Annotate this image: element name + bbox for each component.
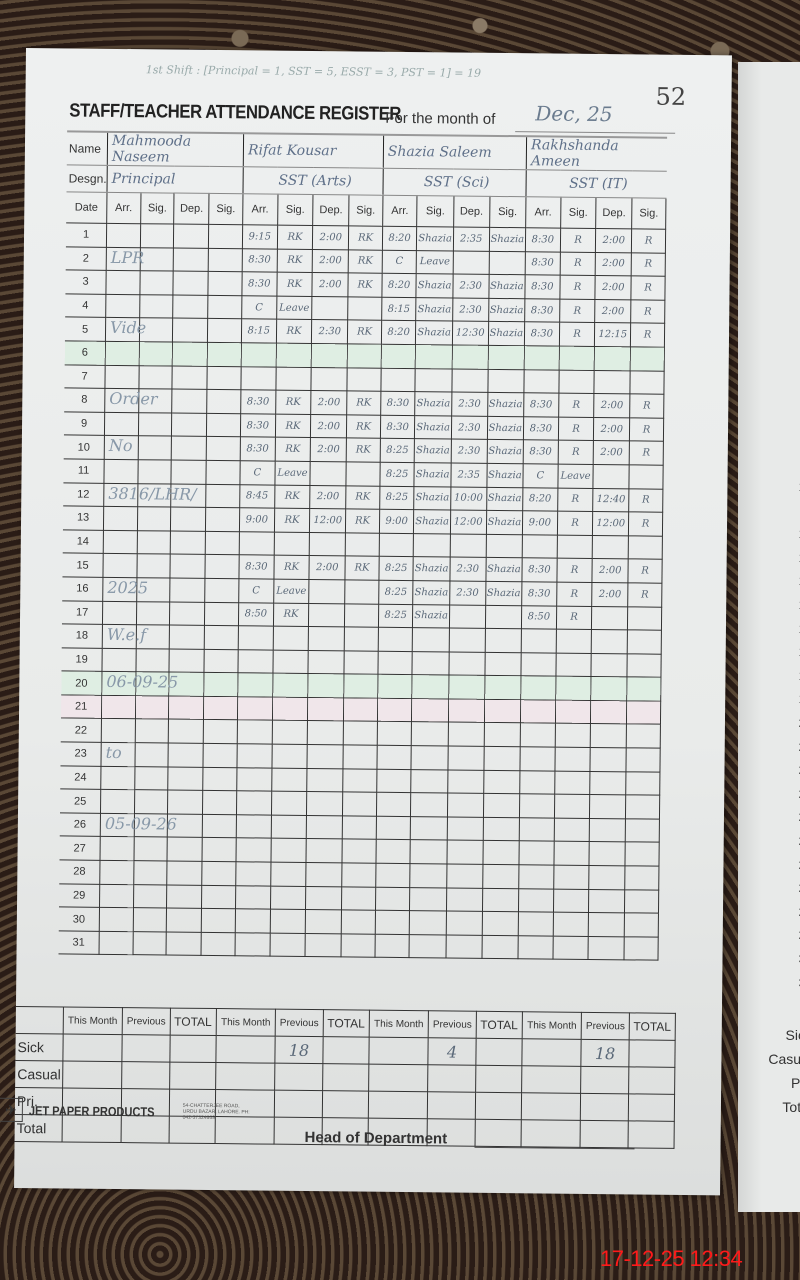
attendance-cell[interactable] [137,507,171,531]
attendance-cell[interactable]: 2:35 [451,463,487,487]
attendance-cell[interactable] [415,345,452,369]
attendance-cell[interactable]: 8:30 [525,299,560,323]
attendance-cell[interactable]: RK [275,414,311,438]
attendance-cell[interactable] [625,842,659,866]
attendance-cell[interactable] [208,272,242,296]
attendance-cell[interactable]: 8:30 [522,582,557,606]
attendance-cell[interactable] [237,744,272,768]
attendance-cell[interactable]: R [559,275,595,299]
attendance-cell[interactable] [270,886,306,910]
attendance-cell[interactable] [625,866,659,890]
attendance-cell[interactable] [555,653,591,677]
attendance-cell[interactable]: R [628,583,662,607]
attendance-cell[interactable] [168,790,203,814]
attendance-cell[interactable]: C [240,461,275,485]
attendance-cell[interactable]: RK [348,273,382,297]
attendance-cell[interactable]: Shazia [486,463,523,487]
attendance-cell[interactable] [275,367,311,391]
attendance-cell[interactable]: Shazia [417,227,454,251]
attendance-cell[interactable] [591,677,627,701]
attendance-cell[interactable]: RK [275,390,311,414]
attendance-cell[interactable]: 2:00 [311,391,347,415]
attendance-cell[interactable] [447,840,483,864]
attendance-cell[interactable] [201,932,235,956]
attendance-cell[interactable] [100,837,134,861]
attendance-cell[interactable]: 8:30 [240,437,275,461]
attendance-cell[interactable] [589,889,625,913]
attendance-cell[interactable] [555,676,591,700]
attendance-cell[interactable] [555,724,591,748]
attendance-cell[interactable]: RK [348,226,382,250]
summary-cell[interactable] [628,1067,674,1094]
attendance-cell[interactable] [627,677,661,701]
attendance-cell[interactable]: Shazia [414,510,451,534]
attendance-cell[interactable] [307,792,343,816]
attendance-cell[interactable] [170,578,205,602]
attendance-cell[interactable]: Leave [273,579,309,603]
attendance-cell[interactable] [375,934,410,958]
attendance-cell[interactable] [202,861,236,885]
summary-cell[interactable] [169,1062,215,1089]
attendance-cell[interactable] [592,606,628,630]
attendance-cell[interactable] [239,531,274,555]
attendance-cell[interactable] [446,888,482,912]
attendance-cell[interactable] [202,814,236,838]
attendance-cell[interactable] [137,530,171,554]
attendance-cell[interactable] [376,792,411,816]
attendance-cell[interactable]: Shazia [485,581,522,605]
attendance-cell[interactable]: 8:30 [242,272,277,296]
attendance-cell[interactable] [133,884,167,908]
attendance-cell[interactable] [140,247,174,271]
attendance-cell[interactable] [448,699,484,723]
attendance-cell[interactable]: R [556,558,592,582]
attendance-cell[interactable]: 8:20 [381,321,416,345]
attendance-cell[interactable] [309,579,345,603]
attendance-cell[interactable] [271,791,307,815]
summary-cell[interactable] [428,1092,476,1119]
attendance-cell[interactable]: 2:00 [594,417,630,441]
attendance-cell[interactable] [377,769,412,793]
attendance-cell[interactable]: 2:30 [312,320,348,344]
attendance-cell[interactable] [412,675,449,699]
attendance-cell[interactable] [519,865,554,889]
attendance-cell[interactable] [447,817,483,841]
attendance-cell[interactable]: 8:25 [379,557,414,581]
attendance-cell[interactable] [309,627,345,651]
attendance-cell[interactable] [518,936,553,960]
attendance-cell[interactable] [170,602,205,626]
attendance-cell[interactable]: Leave [276,296,312,320]
attendance-cell[interactable] [204,625,238,649]
attendance-cell[interactable]: Shazia [416,274,453,298]
attendance-cell[interactable] [208,248,242,272]
attendance-cell[interactable]: 2:00 [596,228,632,252]
summary-cell[interactable] [368,1064,428,1092]
attendance-cell[interactable]: 2:00 [311,438,347,462]
attendance-cell[interactable] [589,913,625,937]
attendance-cell[interactable] [376,840,411,864]
attendance-cell[interactable] [624,913,658,937]
attendance-cell[interactable]: Shazia [416,297,453,321]
attendance-cell[interactable] [206,460,240,484]
attendance-cell[interactable] [409,934,446,958]
attendance-cell[interactable]: No [104,436,138,460]
attendance-cell[interactable]: 2:00 [313,226,349,250]
attendance-cell[interactable]: RK [346,485,380,509]
attendance-cell[interactable] [168,767,203,791]
summary-cell[interactable]: 18 [275,1036,323,1063]
attendance-cell[interactable] [485,605,522,629]
attendance-cell[interactable] [554,794,590,818]
attendance-cell[interactable]: R [630,394,664,418]
attendance-cell[interactable]: 2:00 [592,582,628,606]
attendance-cell[interactable] [483,817,520,841]
attendance-cell[interactable] [447,793,483,817]
attendance-cell[interactable]: RK [275,437,311,461]
attendance-cell[interactable]: 06-09-25 [102,672,136,696]
attendance-cell[interactable]: Shazia [485,558,522,582]
attendance-cell[interactable] [276,343,312,367]
attendance-cell[interactable] [629,465,663,489]
attendance-cell[interactable]: 12:00 [310,509,346,533]
attendance-cell[interactable] [344,627,378,651]
attendance-cell[interactable] [133,908,167,932]
attendance-cell[interactable]: Shazia [413,557,450,581]
attendance-cell[interactable]: RK [345,556,379,580]
attendance-cell[interactable] [591,724,627,748]
attendance-cell[interactable] [172,389,207,413]
summary-cell[interactable] [62,1061,122,1089]
attendance-cell[interactable]: 8:25 [380,439,415,463]
attendance-cell[interactable] [101,790,135,814]
attendance-cell[interactable] [203,767,237,791]
summary-cell[interactable] [475,1119,521,1146]
attendance-cell[interactable]: 8:25 [379,580,414,604]
attendance-cell[interactable] [306,886,342,910]
attendance-cell[interactable] [309,603,345,627]
attendance-cell[interactable] [556,629,592,653]
attendance-cell[interactable] [102,648,136,672]
attendance-cell[interactable] [206,437,240,461]
attendance-cell[interactable] [271,744,307,768]
attendance-cell[interactable] [590,771,626,795]
attendance-cell[interactable] [342,863,376,887]
attendance-cell[interactable] [555,700,591,724]
attendance-cell[interactable] [134,790,168,814]
attendance-cell[interactable] [271,768,307,792]
attendance-cell[interactable] [520,770,555,794]
attendance-cell[interactable]: 2:00 [595,299,631,323]
attendance-cell[interactable] [591,700,627,724]
attendance-cell[interactable]: 9:00 [239,508,274,532]
attendance-cell[interactable] [202,885,236,909]
attendance-cell[interactable]: Leave [557,464,593,488]
attendance-cell[interactable]: R [629,441,663,465]
attendance-cell[interactable] [485,628,522,652]
attendance-cell[interactable] [241,343,276,367]
attendance-cell[interactable] [235,933,270,957]
attendance-cell[interactable] [378,674,413,698]
attendance-cell[interactable]: 2:00 [595,276,631,300]
attendance-cell[interactable] [101,719,135,743]
attendance-cell[interactable] [410,840,447,864]
attendance-cell[interactable] [169,696,204,720]
attendance-cell[interactable]: R [631,300,665,324]
attendance-cell[interactable]: 8:30 [525,228,560,252]
attendance-cell[interactable] [341,934,375,958]
attendance-cell[interactable] [378,627,413,651]
attendance-cell[interactable]: Vide [105,318,139,342]
attendance-cell[interactable] [99,908,133,932]
attendance-cell[interactable] [412,651,449,675]
attendance-cell[interactable]: Shazia [487,416,524,440]
attendance-cell[interactable] [237,767,272,791]
attendance-cell[interactable] [554,771,590,795]
attendance-cell[interactable]: R [629,488,663,512]
attendance-cell[interactable] [236,862,271,886]
attendance-cell[interactable]: R [630,323,664,347]
attendance-cell[interactable] [171,531,206,555]
attendance-cell[interactable] [205,555,239,579]
attendance-cell[interactable] [449,652,485,676]
attendance-cell[interactable] [173,271,208,295]
attendance-cell[interactable] [169,720,204,744]
attendance-cell[interactable]: 2:00 [594,394,630,418]
attendance-cell[interactable] [136,601,170,625]
attendance-cell[interactable] [134,766,168,790]
attendance-cell[interactable] [344,651,378,675]
attendance-cell[interactable] [106,271,140,295]
attendance-cell[interactable] [135,696,169,720]
attendance-cell[interactable]: 12:00 [450,510,486,534]
attendance-cell[interactable]: 2:30 [451,439,487,463]
attendance-cell[interactable] [174,224,209,248]
attendance-cell[interactable] [482,888,519,912]
attendance-cell[interactable]: C [242,296,277,320]
attendance-cell[interactable] [630,347,664,371]
attendance-cell[interactable] [626,724,660,748]
attendance-cell[interactable] [554,818,590,842]
attendance-cell[interactable] [310,532,346,556]
attendance-cell[interactable] [627,630,661,654]
attendance-cell[interactable] [237,791,272,815]
attendance-cell[interactable] [483,794,520,818]
attendance-cell[interactable]: 12:00 [593,512,629,536]
attendance-cell[interactable] [377,745,412,769]
summary-cell[interactable] [122,1062,170,1089]
attendance-cell[interactable]: Shazia [486,510,523,534]
attendance-cell[interactable] [482,841,519,865]
attendance-cell[interactable] [237,720,272,744]
attendance-cell[interactable] [105,341,139,365]
attendance-cell[interactable] [209,224,243,248]
attendance-cell[interactable] [310,461,346,485]
attendance-cell[interactable] [312,343,348,367]
attendance-cell[interactable] [524,369,559,393]
attendance-cell[interactable] [452,369,488,393]
attendance-cell[interactable] [411,793,448,817]
attendance-cell[interactable] [133,931,167,955]
attendance-cell[interactable] [521,629,556,653]
attendance-cell[interactable] [554,842,590,866]
attendance-cell[interactable]: R [629,418,663,442]
summary-cell[interactable] [580,1120,628,1147]
attendance-cell[interactable]: 05-09-26 [100,813,134,837]
attendance-cell[interactable] [270,839,306,863]
attendance-cell[interactable] [137,554,171,578]
attendance-cell[interactable] [306,910,342,934]
attendance-cell[interactable] [519,818,554,842]
attendance-cell[interactable]: 8:30 [524,322,559,346]
attendance-cell[interactable] [342,816,376,840]
attendance-cell[interactable] [341,910,375,934]
attendance-cell[interactable] [201,909,235,933]
attendance-cell[interactable] [207,413,241,437]
attendance-cell[interactable] [589,842,625,866]
attendance-cell[interactable] [238,626,273,650]
attendance-cell[interactable]: Leave [416,250,453,274]
attendance-cell[interactable] [482,935,519,959]
attendance-cell[interactable]: 8:25 [380,462,415,486]
attendance-cell[interactable] [205,602,239,626]
attendance-cell[interactable] [171,460,206,484]
attendance-cell[interactable]: 2:00 [311,414,347,438]
attendance-cell[interactable]: 9:15 [242,225,277,249]
attendance-cell[interactable] [590,818,626,842]
attendance-cell[interactable] [203,720,237,744]
attendance-cell[interactable] [411,746,448,770]
attendance-cell[interactable] [345,533,379,557]
summary-cell[interactable] [122,1035,170,1062]
attendance-cell[interactable] [202,838,236,862]
attendance-cell[interactable] [307,745,343,769]
attendance-cell[interactable] [449,675,485,699]
attendance-cell[interactable] [208,295,242,319]
summary-cell[interactable] [216,1036,276,1064]
summary-cell[interactable] [369,1037,429,1065]
attendance-cell[interactable] [238,649,273,673]
attendance-cell[interactable]: RK [347,391,381,415]
attendance-cell[interactable] [594,370,630,394]
attendance-cell[interactable] [204,673,238,697]
attendance-cell[interactable] [308,721,344,745]
attendance-cell[interactable] [104,459,138,483]
attendance-cell[interactable] [306,863,342,887]
attendance-cell[interactable]: 8:30 [523,440,558,464]
attendance-cell[interactable]: Shazia [413,604,450,628]
attendance-cell[interactable] [308,650,344,674]
attendance-cell[interactable] [484,699,521,723]
attendance-cell[interactable] [345,580,379,604]
summary-cell[interactable] [275,1063,323,1090]
attendance-cell[interactable]: 2:30 [450,581,486,605]
attendance-cell[interactable] [624,937,658,961]
attendance-cell[interactable] [103,530,137,554]
attendance-cell[interactable] [557,535,593,559]
attendance-cell[interactable] [486,534,523,558]
attendance-cell[interactable]: R [631,229,665,253]
attendance-cell[interactable] [346,462,380,486]
attendance-cell[interactable] [207,390,241,414]
attendance-cell[interactable] [270,909,306,933]
attendance-cell[interactable]: 2:00 [592,559,628,583]
attendance-cell[interactable]: 8:30 [525,251,560,275]
attendance-cell[interactable] [241,366,276,390]
attendance-cell[interactable] [306,839,342,863]
attendance-cell[interactable] [100,884,134,908]
attendance-cell[interactable] [238,697,273,721]
attendance-cell[interactable] [138,436,172,460]
summary-cell[interactable] [629,1040,675,1067]
attendance-cell[interactable]: 8:50 [522,605,557,629]
attendance-cell[interactable] [410,887,447,911]
attendance-cell[interactable] [345,603,379,627]
attendance-cell[interactable] [450,534,486,558]
attendance-cell[interactable]: 8:30 [523,416,558,440]
attendance-cell[interactable] [554,747,590,771]
attendance-cell[interactable] [377,722,412,746]
attendance-cell[interactable]: C [382,250,417,274]
attendance-cell[interactable] [139,365,173,389]
attendance-cell[interactable] [348,297,382,321]
attendance-cell[interactable] [483,746,520,770]
attendance-cell[interactable]: to [101,742,135,766]
attendance-cell[interactable]: R [558,417,594,441]
attendance-cell[interactable]: C [523,464,558,488]
attendance-cell[interactable] [590,748,626,772]
attendance-cell[interactable] [308,674,344,698]
attendance-cell[interactable]: R [631,252,665,276]
attendance-cell[interactable] [628,536,662,560]
attendance-cell[interactable] [203,791,237,815]
attendance-cell[interactable]: 8:30 [524,393,559,417]
attendance-cell[interactable] [452,345,488,369]
attendance-cell[interactable]: C [239,579,274,603]
attendance-cell[interactable]: R [556,582,592,606]
attendance-cell[interactable]: 12:40 [593,488,629,512]
attendance-cell[interactable]: W.e.f [102,624,136,648]
attendance-cell[interactable] [592,630,628,654]
attendance-cell[interactable] [203,743,237,767]
summary-cell[interactable] [475,1065,521,1092]
attendance-cell[interactable] [307,768,343,792]
attendance-cell[interactable]: 8:25 [380,486,415,510]
attendance-cell[interactable] [482,912,519,936]
attendance-cell[interactable] [449,604,485,628]
attendance-cell[interactable]: 8:30 [241,390,276,414]
attendance-cell[interactable]: RK [345,509,379,533]
attendance-cell[interactable] [273,626,309,650]
attendance-cell[interactable] [412,722,449,746]
attendance-cell[interactable] [133,861,167,885]
attendance-cell[interactable]: 2:30 [450,557,486,581]
attendance-cell[interactable] [412,698,449,722]
attendance-cell[interactable] [167,885,202,909]
attendance-cell[interactable]: 8:20 [523,487,558,511]
attendance-cell[interactable] [208,319,242,343]
attendance-cell[interactable] [521,652,556,676]
summary-cell[interactable] [215,1063,275,1091]
attendance-cell[interactable]: 2:30 [453,274,489,298]
attendance-cell[interactable] [484,652,521,676]
attendance-cell[interactable]: 12:30 [452,321,488,345]
attendance-cell[interactable]: Shazia [413,580,450,604]
attendance-cell[interactable]: R [557,488,593,512]
attendance-cell[interactable]: 2:30 [451,416,487,440]
attendance-cell[interactable] [174,248,209,272]
attendance-cell[interactable] [553,912,589,936]
